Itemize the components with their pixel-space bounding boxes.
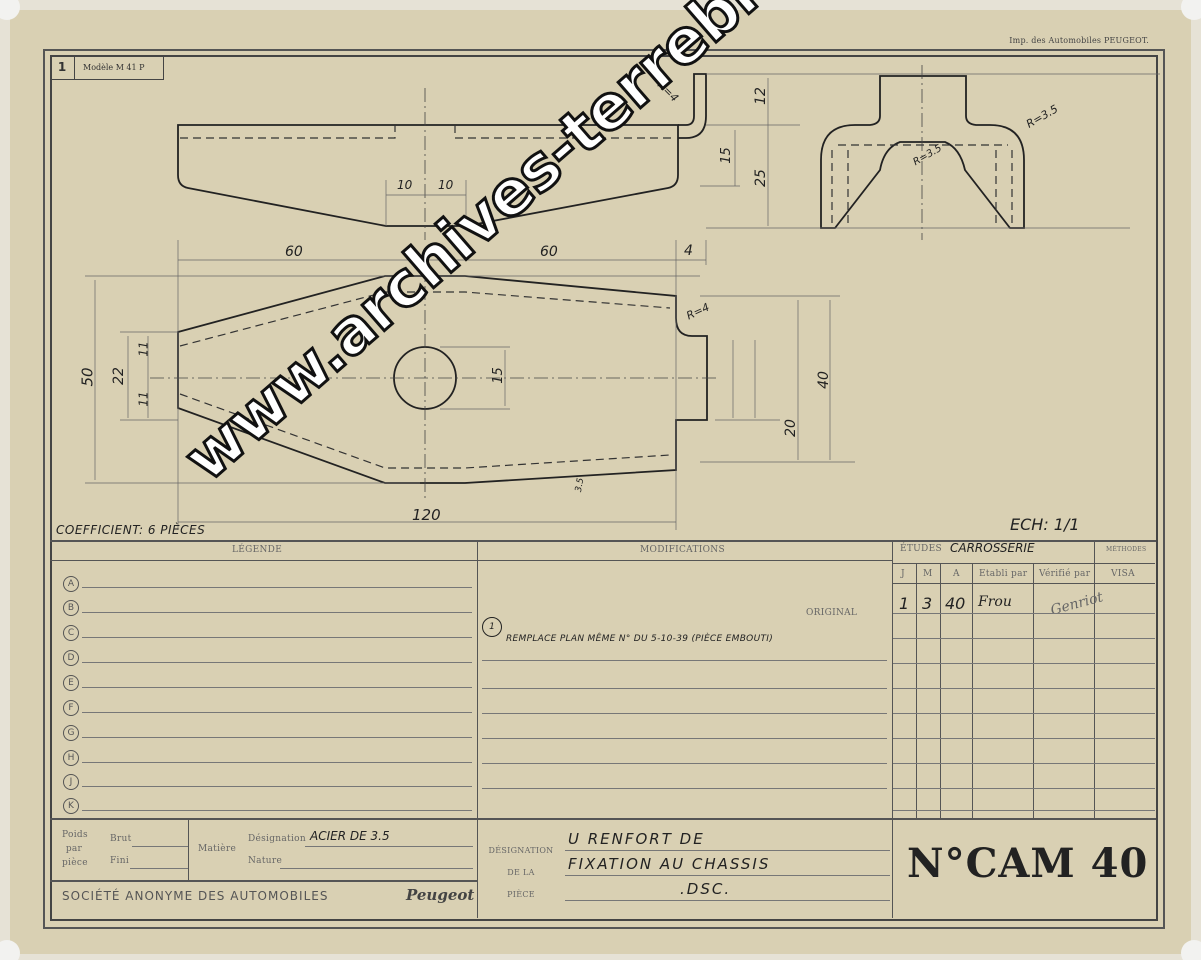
weight-label: Poids par pièce [62, 828, 86, 870]
studies-row-line [893, 613, 1155, 614]
header-divider [50, 560, 893, 561]
scale-note: ECH: 1/1 [1010, 515, 1080, 534]
study-year: 40 [945, 594, 965, 613]
col-etabli: Etabli par [979, 569, 1027, 579]
dim-50: 50 [79, 367, 97, 386]
nature-line [280, 868, 473, 869]
part-number: N°CAM 40 [907, 840, 1148, 887]
modification-marker: 1 [482, 617, 502, 637]
legend-line [82, 712, 472, 713]
legend-marker: K [63, 798, 79, 814]
col-j: J [901, 569, 905, 579]
dim-40: 40 [816, 371, 832, 389]
divider [477, 540, 478, 918]
weight-label-line: par [62, 842, 86, 856]
studies-divider [893, 583, 1155, 584]
dim-hole-15: 15 [491, 367, 506, 384]
brut-label: Brut [110, 834, 132, 844]
dim-11-bottom: 11 [137, 391, 151, 406]
legend-line [82, 737, 472, 738]
studies-row-line [893, 738, 1155, 739]
legend-line [82, 662, 472, 663]
legend-line [82, 612, 472, 613]
fini-line [130, 868, 188, 869]
divider [188, 818, 189, 880]
mod-line [482, 713, 887, 714]
col-divider [972, 563, 973, 818]
studies-row-line [893, 713, 1155, 714]
legend-marker: G [63, 725, 79, 741]
studies-divider [893, 563, 1155, 564]
part-label-line: DE LA [485, 862, 557, 884]
etabli-signature: Frou [978, 594, 1012, 610]
fini-label: Fini [110, 856, 129, 866]
modification-text: REMPLACE PLAN MÊME N° DU 5-10-39 (PIÈCE … [506, 634, 773, 644]
part-name-line-3: .DSC. [680, 880, 731, 898]
dim-60-left: 60 [285, 244, 303, 260]
part-line [565, 875, 890, 876]
studies-row-line [893, 688, 1155, 689]
part-name-line-1: U RENFORT DE [568, 830, 705, 848]
legend-line [82, 810, 472, 811]
methods-title: MÉTHODES [1106, 546, 1146, 553]
col-divider [916, 563, 917, 818]
studies-row-line [893, 810, 1155, 811]
legend-marker: A [63, 576, 79, 592]
legend-line [82, 762, 472, 763]
coefficient-note: COEFFICIENT: 6 PIÈCES [56, 523, 205, 537]
part-name-line-2: FIXATION AU CHASSIS [568, 855, 770, 873]
studies-department: CARROSSERIE [950, 541, 1035, 555]
divider [892, 540, 893, 918]
brand-logo: Peugeot [406, 886, 474, 904]
company-name: SOCIÉTÉ ANONYME DES AUTOMOBILES [62, 889, 328, 903]
col-divider [1033, 563, 1034, 818]
dim-25: 25 [753, 169, 769, 187]
legend-marker: H [63, 750, 79, 766]
legend-marker: C [63, 625, 79, 641]
col-divider [940, 563, 941, 818]
col-divider [1094, 540, 1095, 818]
col-verifie: Vérifié par [1039, 569, 1090, 579]
dim-10-left: 10 [397, 178, 412, 192]
legend-line [82, 587, 472, 588]
divider [50, 880, 477, 882]
part-label-line: DÉSIGNATION [485, 840, 557, 862]
dim-15-side: 15 [719, 147, 734, 164]
legend-marker: B [63, 600, 79, 616]
col-visa: VISA [1111, 569, 1135, 579]
col-a: A [953, 569, 960, 579]
legend-title: LÉGENDE [232, 545, 282, 555]
part-designation-label: DÉSIGNATION DE LA PIÈCE [485, 840, 557, 906]
legend-line [82, 637, 472, 638]
brut-line [132, 846, 188, 847]
material-label: Matière [198, 844, 236, 854]
designation-line [305, 846, 473, 847]
studies-row-line [893, 763, 1155, 764]
study-day: 1 [899, 594, 909, 613]
dim-60-right: 60 [540, 244, 558, 260]
legend-marker: E [63, 675, 79, 691]
studies-row-line [893, 638, 1155, 639]
legend-marker: J [63, 774, 79, 790]
legend-marker: D [63, 650, 79, 666]
dim-20: 20 [783, 419, 799, 437]
study-month: 3 [922, 594, 932, 613]
studies-row-line [893, 788, 1155, 789]
dim-10-right: 10 [438, 178, 453, 192]
legend-line [82, 687, 472, 688]
legend-line [82, 786, 472, 787]
weight-label-line: Poids [62, 828, 86, 842]
legend-marker: F [63, 700, 79, 716]
mod-line [482, 763, 887, 764]
nature-label: Nature [248, 856, 282, 866]
weight-label-line: pièce [62, 856, 86, 870]
mod-line [482, 738, 887, 739]
dim-11-top: 11 [137, 341, 151, 356]
studies-row-line [893, 663, 1155, 664]
part-label-line: PIÈCE [485, 884, 557, 906]
mod-line [482, 688, 887, 689]
divider [50, 818, 1156, 820]
col-m: M [923, 569, 933, 579]
part-line [565, 850, 890, 851]
material-designation-value: ACIER DE 3.5 [310, 829, 390, 843]
dim-22: 22 [111, 367, 127, 385]
dim-120: 120 [412, 506, 441, 524]
mod-line [482, 788, 887, 789]
original-label: ORIGINAL [806, 608, 857, 618]
dim-12: 12 [753, 87, 769, 105]
modifications-title: MODIFICATIONS [640, 545, 725, 555]
mod-line [482, 660, 887, 661]
dim-4: 4 [684, 243, 693, 259]
studies-title: ÉTUDES [900, 544, 942, 554]
designation-label: Désignation [248, 834, 306, 844]
part-line [565, 900, 890, 901]
